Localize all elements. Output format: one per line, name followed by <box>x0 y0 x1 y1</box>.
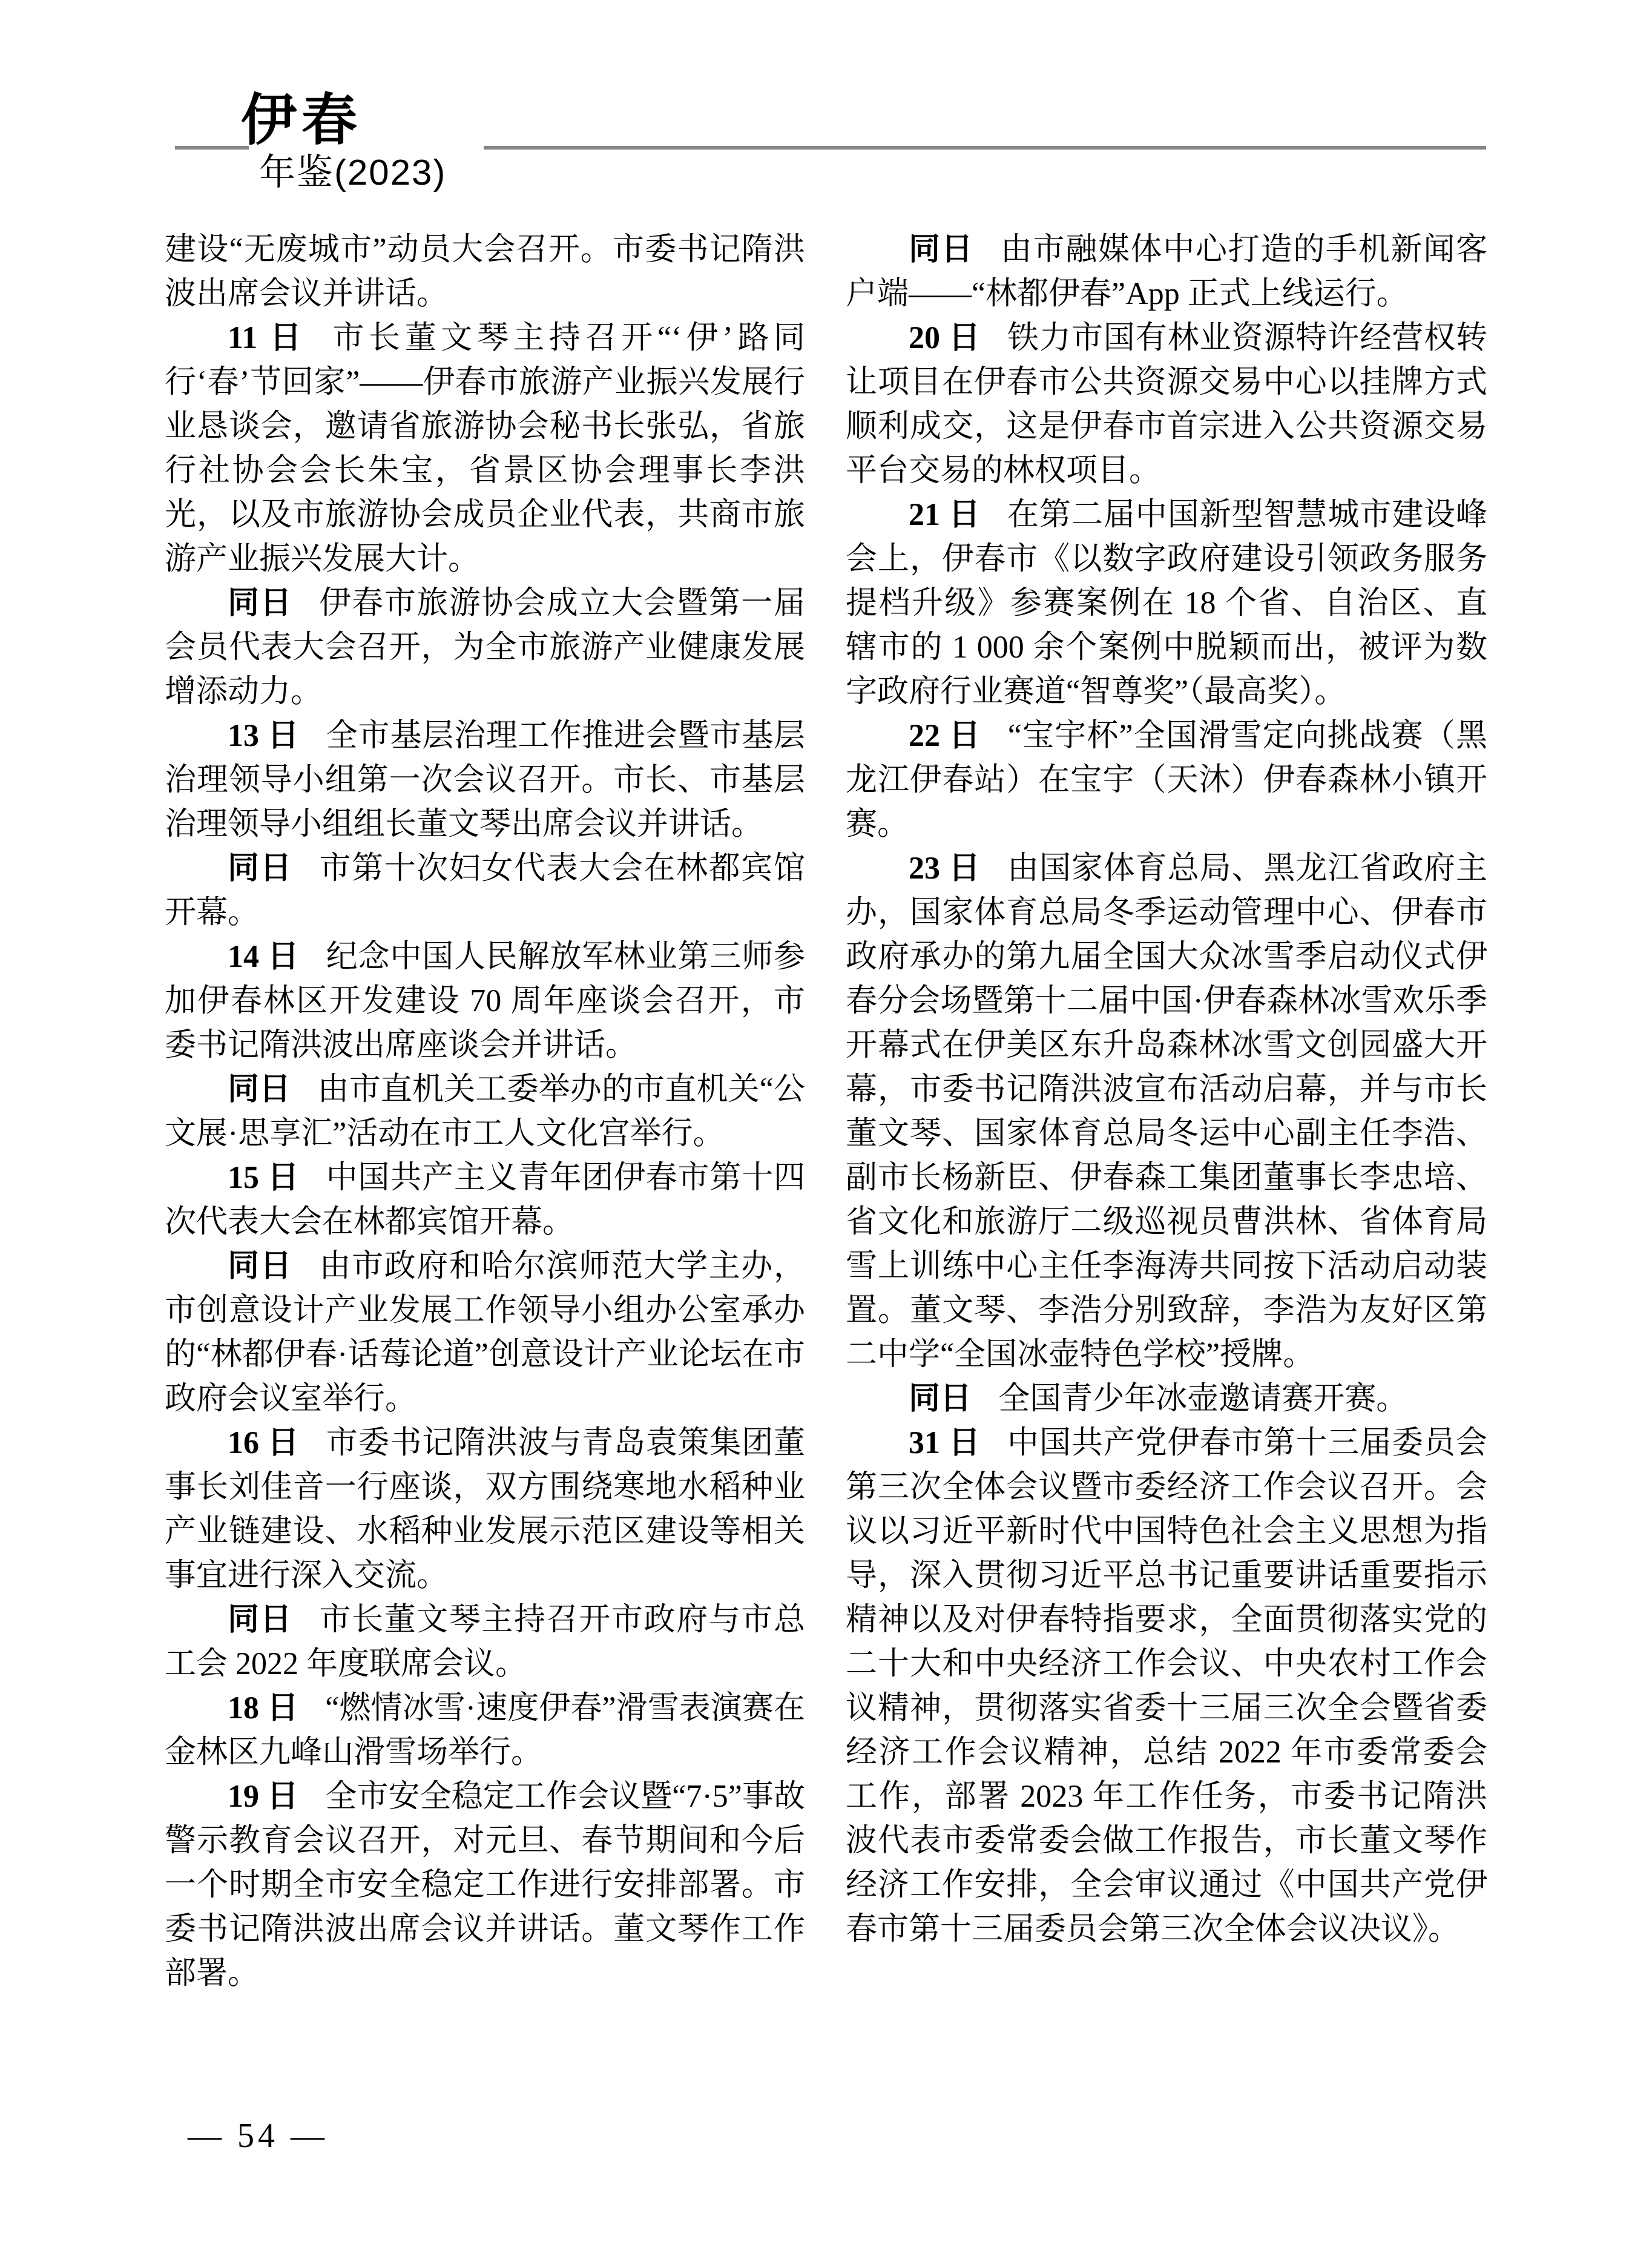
entry-date-label: 同日 <box>909 1382 972 1416</box>
entry-date-label: 16 日 <box>228 1426 300 1460</box>
entry-text: 建设“无废城市”动员大会召开。市委书记隋洪波出席会议并讲话。 <box>165 232 805 311</box>
entry-date-label: 同日 <box>228 851 292 886</box>
chronicle-entry: 建设“无废城市”动员大会召开。市委书记隋洪波出席会议并讲话。 <box>165 228 805 316</box>
chronicle-entry: 20 日铁力市国有林业资源特许经营权转让项目在伊春市公共资源交易中心以挂牌方式顺… <box>846 316 1487 493</box>
chronicle-entry: 18 日“燃情冰雪·速度伊春”滑雪表演赛在金林区九峰山滑雪场举行。 <box>165 1686 805 1775</box>
entry-text: 由国家体育总局、黑龙江省政府主办，国家体育总局冬季运动管理中心、伊春市政府承办的… <box>846 851 1487 1372</box>
entry-date-label: 同日 <box>228 1072 291 1107</box>
chronicle-entry: 22 日“宝宇杯”全国滑雪定向挑战赛（黑龙江伊春站）在宝宇（天沐）伊春森林小镇开… <box>846 714 1487 846</box>
chronicle-entry: 16 日市委书记隋洪波与青岛袁策集团董事长刘佳音一行座谈，双方围绕寒地水稻种业产… <box>165 1421 805 1598</box>
chronicle-entry: 14 日纪念中国人民解放军林业第三师参加伊春林区开发建设 70 周年座谈会召开，… <box>165 935 805 1067</box>
entry-date-label: 11 日 <box>228 321 306 355</box>
chronicle-entry: 同日由市政府和哈尔滨师范大学主办，市创意设计产业发展工作领导小组办公室承办的“林… <box>165 1244 805 1421</box>
yearbook-logo-title: 伊春 <box>241 91 362 150</box>
yearbook-logo-subtitle: 年鉴(2023) <box>259 153 446 193</box>
entry-date-label: 13 日 <box>228 719 300 753</box>
page-number: — 54 — <box>188 2119 328 2153</box>
header-rule-left <box>175 146 249 150</box>
entry-date-label: 同日 <box>228 1603 292 1637</box>
chronicle-entry: 19 日全市安全稳定工作会议暨“7·5”事故警示教育会议召开，对元旦、春节期间和… <box>165 1775 805 1996</box>
entry-date-label: 15 日 <box>228 1161 300 1195</box>
entry-date-label: 21 日 <box>909 498 981 532</box>
chronicle-entry: 同日市长董文琴主持召开市政府与市总工会 2022 年度联席会议。 <box>165 1598 805 1686</box>
entry-date-label: 22 日 <box>909 719 981 753</box>
chronicle-entry: 15 日中国共产主义青年团伊春市第十四次代表大会在林都宾馆开幕。 <box>165 1156 805 1244</box>
entry-date-label: 19 日 <box>228 1779 298 1814</box>
entry-date-label: 同日 <box>228 586 292 621</box>
right-column: 同日由市融媒体中心打造的手机新闻客户端——“林都伊春”App 正式上线运行。20… <box>846 228 1487 1951</box>
chronicle-entry: 21 日在第二届中国新型智慧城市建设峰会上，伊春市《以数字政府建设引领政务服务提… <box>846 493 1487 714</box>
chronicle-entry: 同日由市融媒体中心打造的手机新闻客户端——“林都伊春”App 正式上线运行。 <box>846 228 1487 316</box>
chronicle-entry: 13 日全市基层治理工作推进会暨市基层治理领导小组第一次会议召开。市长、市基层治… <box>165 714 805 846</box>
yearbook-page: 伊春 年鉴(2023) 建设“无废城市”动员大会召开。市委书记隋洪波出席会议并讲… <box>0 0 1652 2242</box>
chronicle-entry: 23 日由国家体育总局、黑龙江省政府主办，国家体育总局冬季运动管理中心、伊春市政… <box>846 846 1487 1377</box>
entry-text: 市长董文琴主持召开“‘伊’路同行‘春’节回家”——伊春市旅游产业振兴发展行业恳谈… <box>165 321 805 576</box>
entry-text: 中国共产党伊春市第十三届委员会第三次全体会议暨市委经济工作会议召开。会议以习近平… <box>846 1426 1487 1947</box>
entry-date-label: 23 日 <box>909 851 981 886</box>
chronicle-entry: 同日伊春市旅游协会成立大会暨第一届会员代表大会召开，为全市旅游产业健康发展增添动… <box>165 581 805 714</box>
entry-text: 全国青少年冰壶邀请赛开赛。 <box>998 1382 1407 1416</box>
entry-date-label: 31 日 <box>909 1426 981 1460</box>
entry-date-label: 18 日 <box>228 1691 298 1726</box>
entry-date-label: 同日 <box>909 232 973 267</box>
entry-date-label: 同日 <box>228 1249 292 1284</box>
chronicle-entry: 同日由市直机关工委举办的市直机关“公文展·思享汇”活动在市工人文化宫举行。 <box>165 1067 805 1156</box>
entry-date-label: 20 日 <box>909 321 981 355</box>
chronicle-entry: 同日市第十次妇女代表大会在林都宾馆开幕。 <box>165 846 805 935</box>
header-rule-right <box>484 146 1486 150</box>
chronicle-entry: 31 日中国共产党伊春市第十三届委员会第三次全体会议暨市委经济工作会议召开。会议… <box>846 1421 1487 1951</box>
chronicle-entry: 同日全国青少年冰壶邀请赛开赛。 <box>846 1377 1487 1421</box>
entry-date-label: 14 日 <box>228 940 300 974</box>
left-column: 建设“无废城市”动员大会召开。市委书记隋洪波出席会议并讲话。11 日市长董文琴主… <box>165 228 805 1996</box>
chronicle-entry: 11 日市长董文琴主持召开“‘伊’路同行‘春’节回家”——伊春市旅游产业振兴发展… <box>165 316 805 581</box>
